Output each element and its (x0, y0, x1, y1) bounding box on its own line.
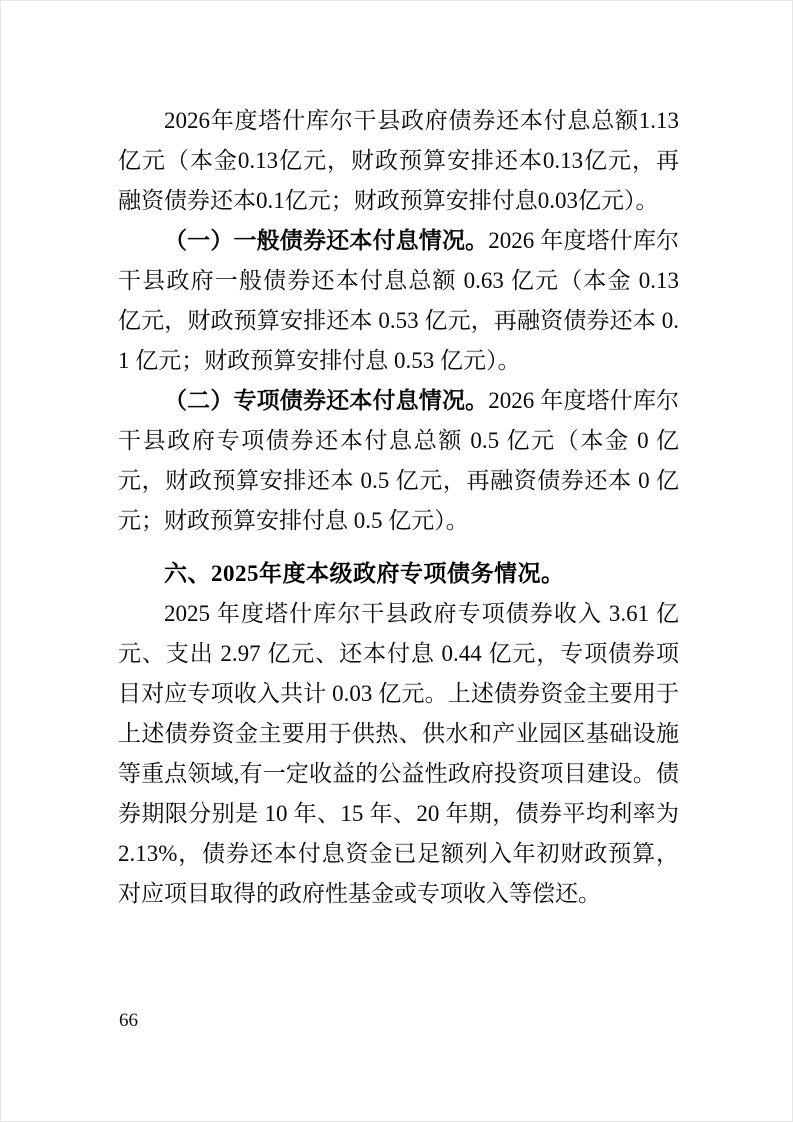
paragraph-total-debt-service-2026: 2026年度塔什库尔干县政府债券还本付息总额1.13亿元（本金0.13亿元，财政… (118, 101, 679, 221)
document-page: 2026年度塔什库尔干县政府债券还本付息总额1.13亿元（本金0.13亿元，财政… (0, 0, 793, 1122)
paragraph-lead: （二）专项债券还本付息情况。 (164, 388, 488, 413)
paragraph-text: 2026年度塔什库尔干县政府债券还本付息总额1.13亿元（本金0.13亿元，财政… (118, 108, 679, 213)
page-number: 66 (119, 1008, 138, 1034)
paragraph-special-debt-2025: 2025 年度塔什库尔干县政府专项债券收入 3.61 亿元、支出 2.97 亿元… (118, 594, 679, 914)
paragraph-general-bond-debt-service: （一）一般债券还本付息情况。2026 年度塔什库尔干县政府一般债券还本付息总额 … (118, 221, 679, 381)
paragraph-text: 2025 年度塔什库尔干县政府专项债券收入 3.61 亿元、支出 2.97 亿元… (118, 601, 679, 906)
section-heading: 六、2025年度本级政府专项债务情况。 (118, 554, 679, 594)
paragraph-lead: （一）一般债券还本付息情况。 (164, 228, 488, 253)
document-body: 2026年度塔什库尔干县政府债券还本付息总额1.13亿元（本金0.13亿元，财政… (118, 101, 679, 914)
paragraph-special-bond-debt-service: （二）专项债券还本付息情况。2026 年度塔什库尔干县政府专项债券还本付息总额 … (118, 381, 679, 541)
